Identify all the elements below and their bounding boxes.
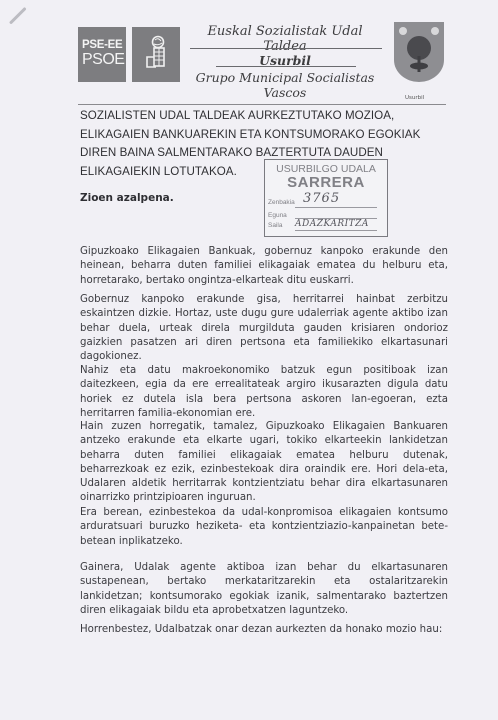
group-title-es: Grupo Municipal Socialistas Vascos: [190, 70, 380, 100]
group-title-eu: Euskal Sozialistak Udal Taldea: [190, 24, 380, 54]
header-divider: [190, 48, 382, 49]
header-rule: [78, 104, 446, 105]
logo-text-line2: PSOE: [82, 51, 124, 69]
paragraph-3: Nahiz eta datu makroekonomiko batzuk egu…: [80, 364, 448, 421]
paragraph-4: Hain zuzen horregatik, tamalez, Gipuzkoa…: [80, 420, 448, 506]
logo-text-line1: PSE-EE: [82, 39, 122, 51]
stamp-number-label: Zenbakia: [268, 199, 295, 206]
paragraph-2: Gobernuz kanpoko erakunde gisa, herritar…: [80, 293, 448, 364]
paragraph-6: Gainera, Udalak agente aktiboa izan beha…: [80, 561, 448, 618]
stamp-section-value: ADAZKARITZA: [295, 219, 369, 229]
scan-mark: [9, 7, 27, 25]
stamp-entry: SARRERA: [265, 174, 387, 191]
stamp-section-line: [295, 230, 377, 231]
crest-caption: Usurbil: [405, 95, 424, 101]
section-heading: Zioen azalpena.: [80, 192, 174, 204]
fist-rose-icon: [132, 27, 180, 82]
stamp-date-label: Eguna: [268, 212, 287, 219]
paragraph-7: Horrenbestez, Udalbatzak onar dezan aurk…: [80, 623, 448, 637]
registry-stamp: USURBILGO UDALA SARRERA Zenbakia 3765 Eg…: [264, 159, 388, 237]
stamp-number-value: 3765: [303, 191, 340, 206]
stamp-number-line: [295, 207, 377, 208]
usurbil-coat-of-arms: [394, 22, 444, 82]
paragraph-1: Gipuzkoako Elikagaien Bankuak, gobernuz …: [80, 245, 448, 288]
paragraph-5: Era berean, ezinbestekoa da udal-konprom…: [80, 506, 448, 549]
municipality-underline: [216, 66, 356, 67]
pse-ee-psoe-logo: PSE-EE PSOE: [78, 27, 126, 82]
stamp-section-label: Saila: [268, 222, 282, 229]
